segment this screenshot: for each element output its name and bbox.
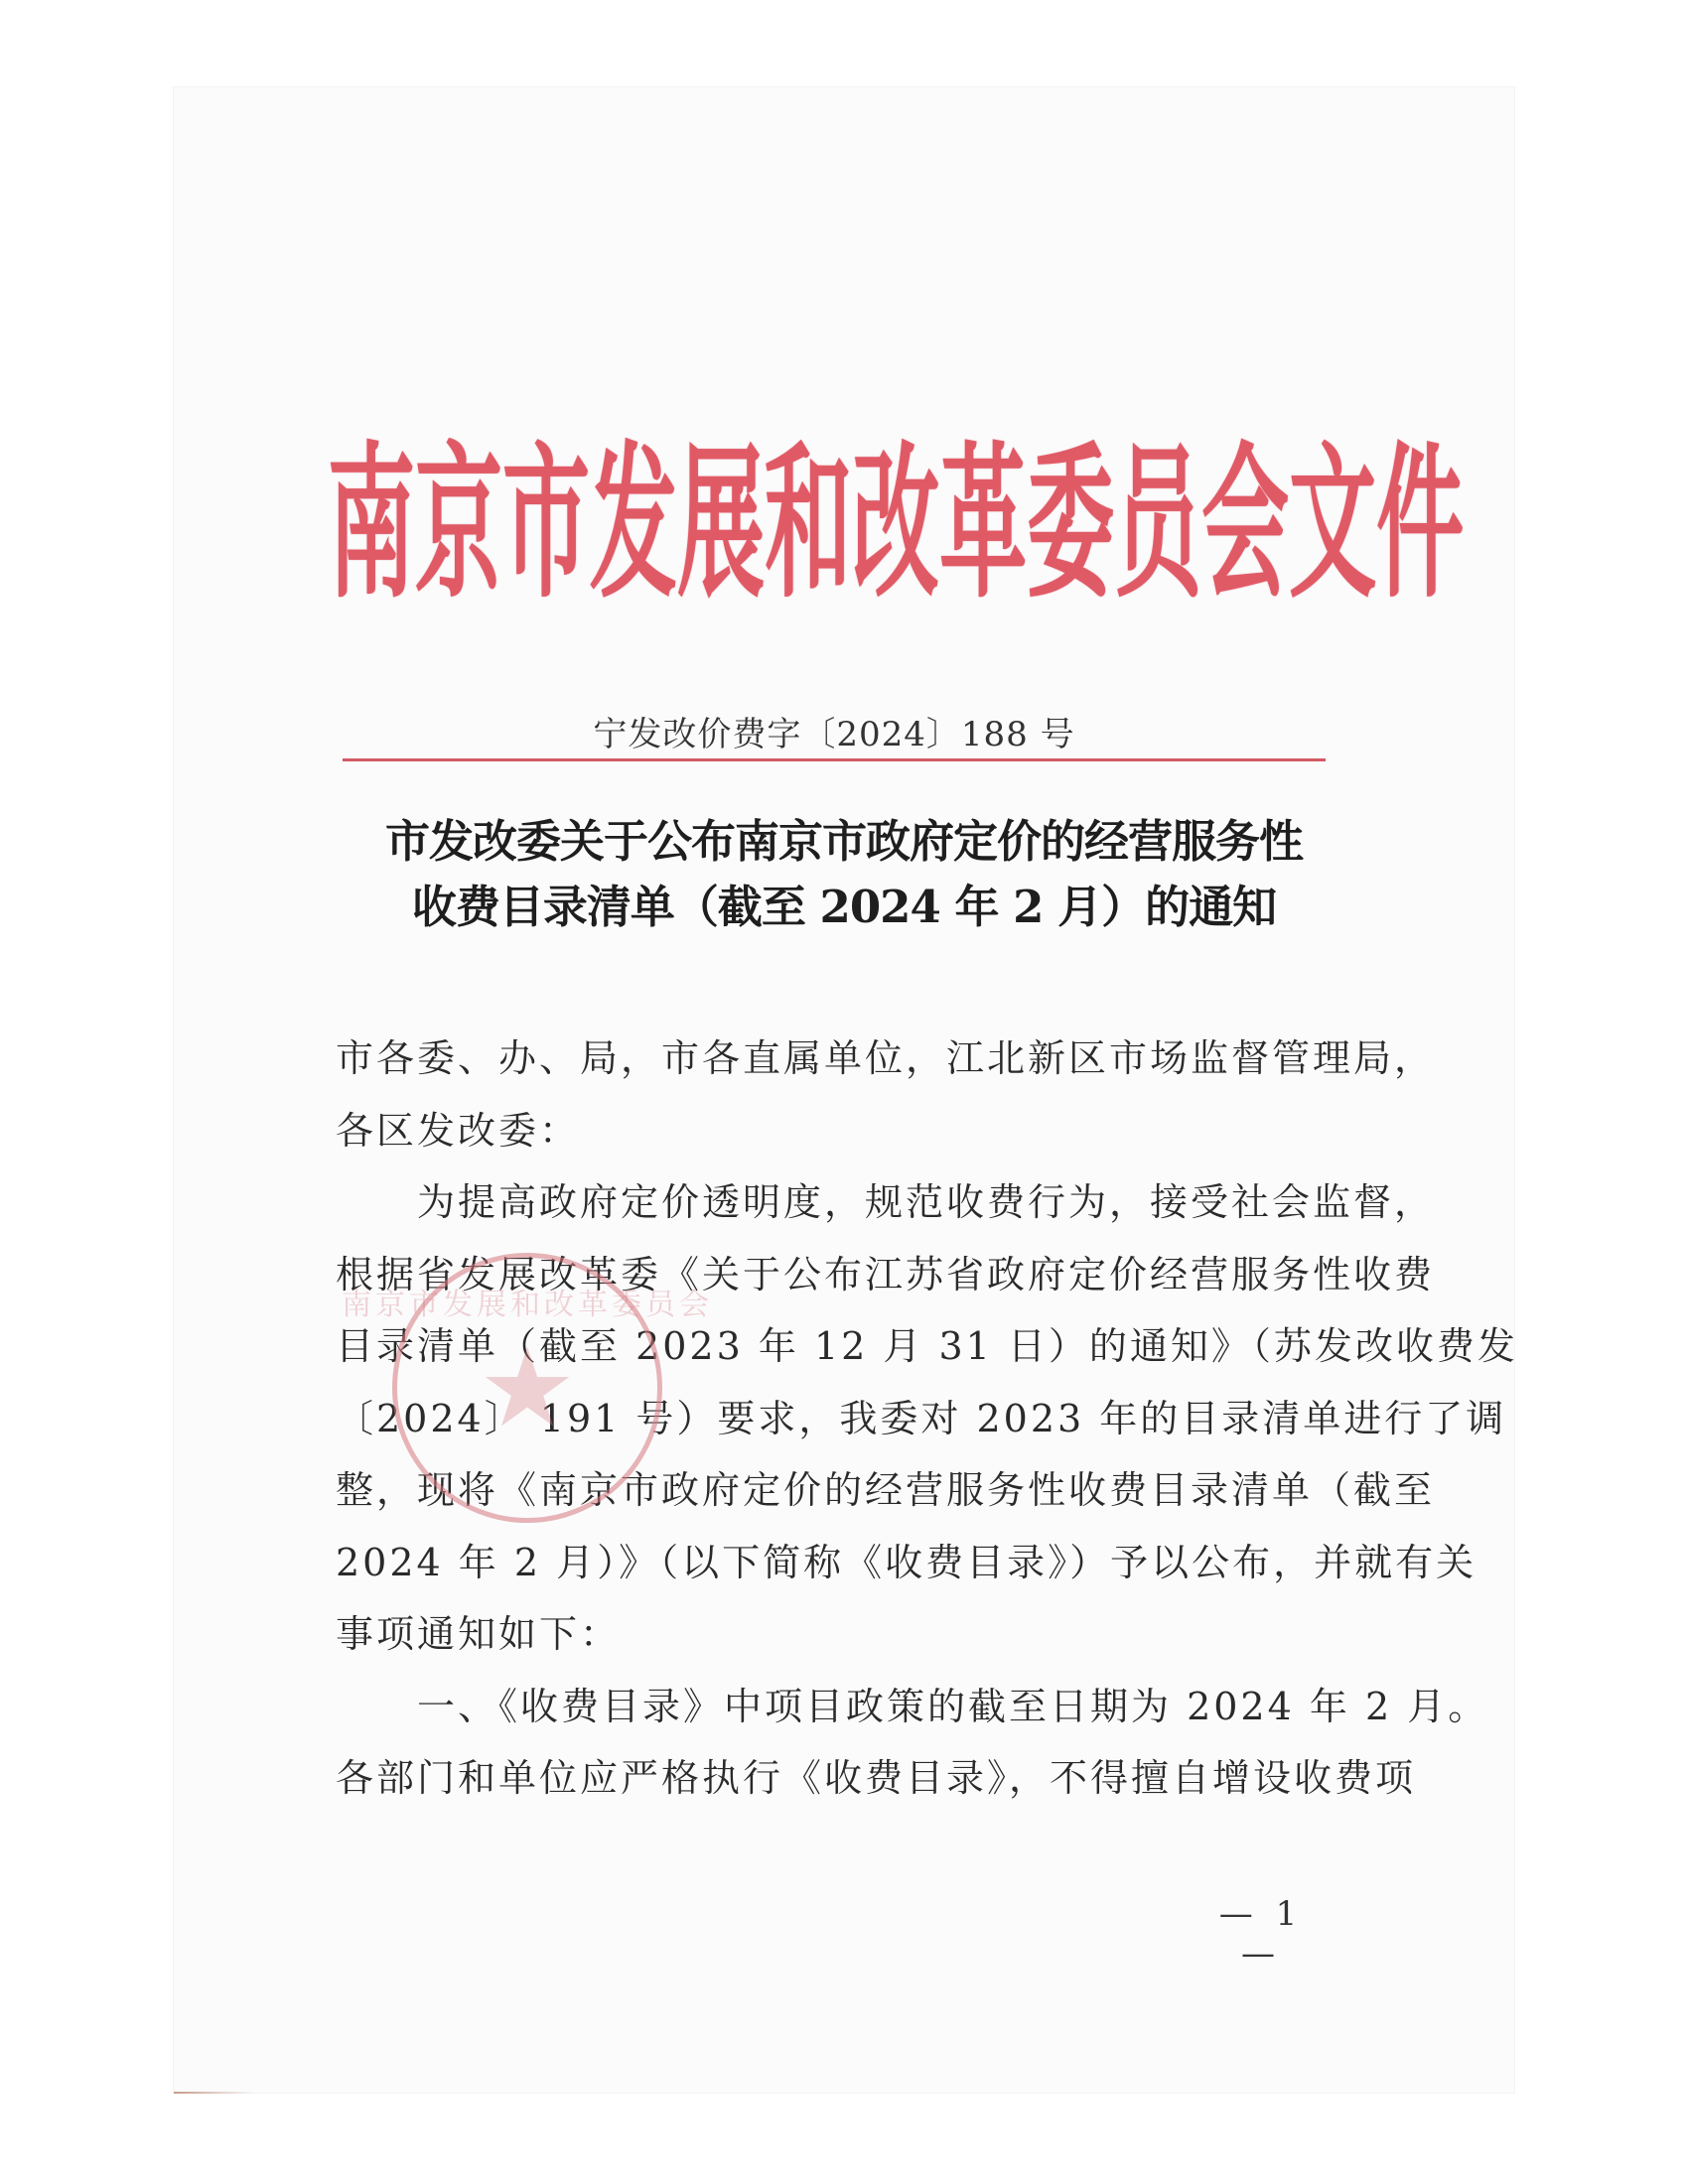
title-line: 市发改委关于公布南京市政府定价的经营服务性 <box>328 809 1360 875</box>
page-edge-mark <box>174 2092 253 2094</box>
body-line: 〔2024〕 191 号）要求，我委对 2023 年的目录清单进行了调 <box>336 1383 1319 1455</box>
masthead-char: 会 <box>1201 392 1289 629</box>
page-number: — 1 — <box>1201 1894 1321 1974</box>
body-line: 目录清单（截至 2023 年 12 月 31 日）的通知》（苏发改收费发 <box>336 1310 1319 1383</box>
masthead-char: 文 <box>1289 392 1376 629</box>
masthead-char: 员 <box>1114 392 1201 629</box>
masthead-title: 南 京 市 发 展 和 改 革 委 员 会 文 件 <box>328 422 1340 601</box>
body-line: 整，现将《南京市政府定价的经营服务性收费目录清单（截至 <box>336 1454 1319 1527</box>
body-line: 各部门和单位应严格执行《收费目录》，不得擅自增设收费项 <box>336 1742 1319 1815</box>
body-line: 为提高政府定价透明度，规范收费行为，接受社会监督， <box>336 1166 1319 1239</box>
body-line: 根据省发展改革委《关于公布江苏省政府定价经营服务性收费 <box>336 1239 1319 1311</box>
body-line: 2024 年 2 月）》（以下简称《收费目录》）予以公布，并就有关 <box>336 1527 1319 1599</box>
masthead-char: 发 <box>590 392 677 629</box>
masthead-char: 革 <box>939 392 1027 629</box>
body-line: 事项通知如下： <box>336 1598 1319 1671</box>
masthead-char: 南 <box>328 392 415 629</box>
masthead-char: 改 <box>852 392 939 629</box>
masthead-char: 件 <box>1376 392 1464 629</box>
masthead-char: 市 <box>502 392 590 629</box>
document-body: 市各委、办、局，市各直属单位，江北新区市场监督管理局， 各区发改委： 为提高政府… <box>336 1023 1319 1815</box>
body-line-addressee: 各区发改委： <box>336 1095 1319 1167</box>
title-line: 收费目录清单（截至 2024 年 2 月）的通知 <box>328 875 1360 940</box>
document-title: 市发改委关于公布南京市政府定价的经营服务性 收费目录清单（截至 2024 年 2… <box>328 809 1360 940</box>
masthead-char: 京 <box>415 392 502 629</box>
body-line-addressee: 市各委、办、局，市各直属单位，江北新区市场监督管理局， <box>336 1023 1319 1095</box>
masthead-char: 展 <box>677 392 765 629</box>
masthead-char: 和 <box>765 392 852 629</box>
masthead-char: 委 <box>1027 392 1114 629</box>
body-line-item-1: 一、《收费目录》中项目政策的截至日期为 2024 年 2 月。 <box>336 1671 1319 1743</box>
document-number: 宁发改价费字〔2024〕188 号 <box>343 707 1326 755</box>
red-divider <box>343 758 1326 761</box>
